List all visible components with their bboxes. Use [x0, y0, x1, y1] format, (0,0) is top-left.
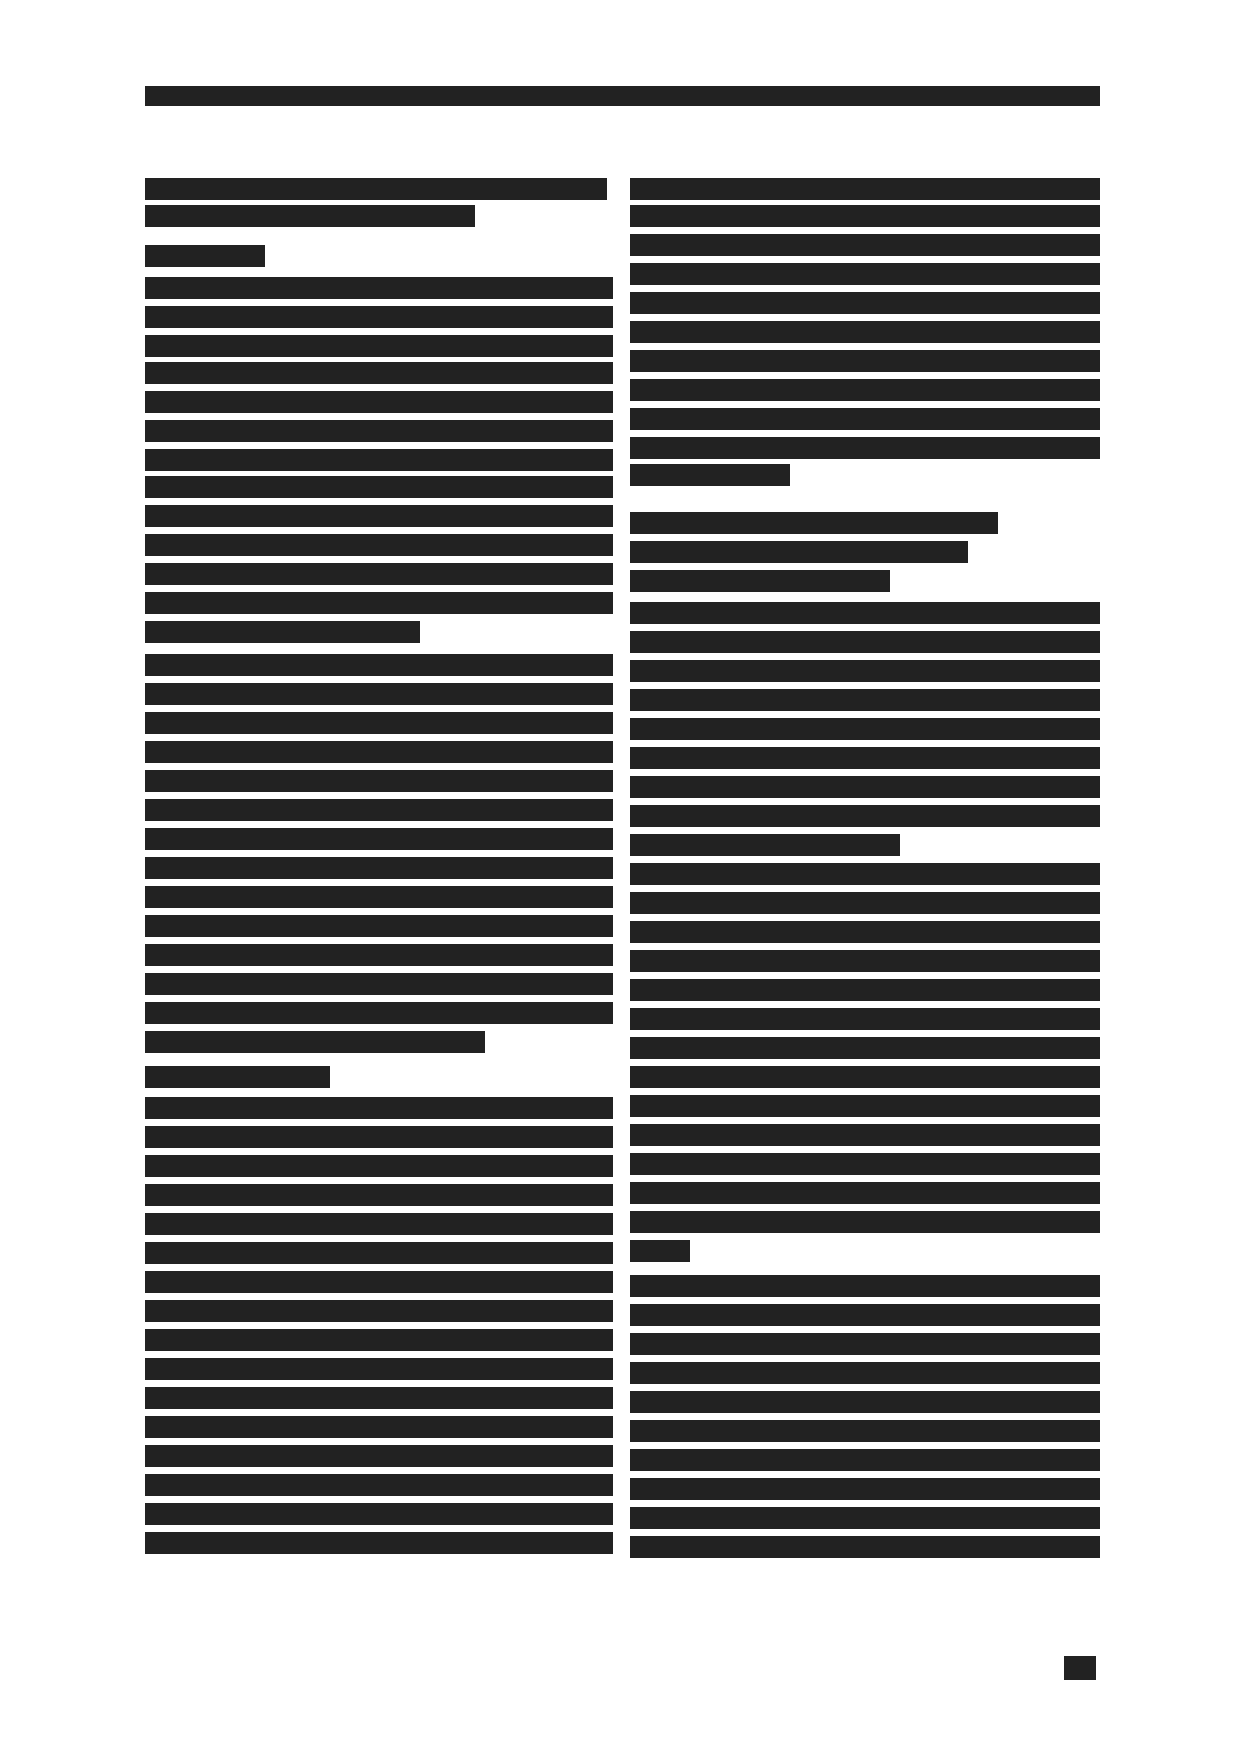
- illegible-text-line: [145, 1097, 613, 1119]
- illegible-text-line: [630, 1275, 1100, 1297]
- illegible-text-line: [630, 1182, 1100, 1204]
- illegible-text-line: [630, 747, 1100, 769]
- illegible-text-line: [630, 892, 1100, 914]
- illegible-text-line: [145, 505, 613, 527]
- illegible-text-line: [145, 335, 613, 357]
- illegible-text-line: [630, 631, 1100, 653]
- illegible-text-line: [630, 292, 1100, 314]
- illegible-text-line: [630, 834, 900, 856]
- illegible-text-line: [145, 534, 613, 556]
- illegible-text-line: [630, 1333, 1100, 1355]
- illegible-text-line: [145, 362, 613, 384]
- illegible-text-line: [145, 592, 613, 614]
- illegible-text-line: [630, 950, 1100, 972]
- illegible-text-line: [145, 654, 613, 676]
- illegible-text-line: [630, 541, 968, 563]
- illegible-text-line: [145, 1358, 613, 1380]
- illegible-text-line: [630, 512, 998, 534]
- illegible-text-line: [145, 886, 613, 908]
- illegible-text-line: [145, 205, 475, 227]
- illegible-text-line: [630, 178, 1100, 200]
- illegible-text-line: [145, 1387, 613, 1409]
- illegible-text-line: [630, 1124, 1100, 1146]
- illegible-text-line: [145, 1126, 613, 1148]
- illegible-text-line: [630, 863, 1100, 885]
- illegible-text-line: [145, 1213, 613, 1235]
- illegible-text-line: [145, 1416, 613, 1438]
- running-header-right-block: [635, 86, 1100, 104]
- illegible-text-line: [145, 1242, 613, 1264]
- illegible-text-line: [630, 1478, 1100, 1500]
- illegible-text-line: [630, 379, 1100, 401]
- illegible-text-line: [145, 420, 613, 442]
- illegible-text-line: [145, 391, 613, 413]
- illegible-text-line: [145, 1002, 613, 1024]
- illegible-text-line: [145, 245, 265, 267]
- illegible-text-line: [145, 828, 613, 850]
- illegible-text-line: [145, 1445, 613, 1467]
- illegible-text-line: [630, 1240, 690, 1262]
- illegible-text-line: [630, 1304, 1100, 1326]
- illegible-text-line: [145, 1184, 613, 1206]
- illegible-text-line: [630, 570, 890, 592]
- page-number: [1064, 1656, 1096, 1680]
- illegible-text-line: [145, 741, 613, 763]
- illegible-text-line: [145, 621, 420, 643]
- illegible-text-line: [145, 857, 613, 879]
- illegible-text-line: [630, 263, 1100, 285]
- illegible-text-line: [630, 1095, 1100, 1117]
- illegible-text-line: [630, 660, 1100, 682]
- illegible-text-line: [630, 1391, 1100, 1413]
- illegible-text-line: [145, 277, 613, 299]
- illegible-text-line: [145, 1474, 613, 1496]
- illegible-text-line: [630, 805, 1100, 827]
- illegible-text-line: [145, 683, 613, 705]
- illegible-text-line: [630, 1211, 1100, 1233]
- illegible-text-line: [630, 921, 1100, 943]
- illegible-text-line: [145, 563, 613, 585]
- illegible-text-line: [145, 1300, 613, 1322]
- illegible-text-line: [145, 799, 613, 821]
- illegible-text-line: [145, 1329, 613, 1351]
- illegible-text-line: [145, 1031, 485, 1053]
- illegible-text-line: [630, 234, 1100, 256]
- illegible-text-line: [630, 350, 1100, 372]
- illegible-text-line: [630, 1153, 1100, 1175]
- illegible-text-line: [630, 1507, 1100, 1529]
- illegible-text-line: [145, 1066, 330, 1088]
- illegible-text-line: [630, 602, 1100, 624]
- illegible-text-line: [630, 1449, 1100, 1471]
- illegible-text-line: [145, 770, 613, 792]
- illegible-text-line: [630, 437, 1100, 459]
- illegible-text-line: [630, 205, 1100, 227]
- illegible-text-line: [630, 1420, 1100, 1442]
- illegible-text-line: [630, 408, 1100, 430]
- illegible-text-line: [145, 1532, 613, 1554]
- illegible-text-line: [145, 1155, 613, 1177]
- illegible-text-line: [145, 476, 613, 498]
- illegible-text-line: [145, 944, 613, 966]
- illegible-text-line: [145, 1503, 613, 1525]
- illegible-text-line: [145, 712, 613, 734]
- illegible-text-line: [630, 1362, 1100, 1384]
- illegible-text-line: [145, 449, 613, 471]
- illegible-text-line: [630, 1037, 1100, 1059]
- illegible-text-line: [145, 1271, 613, 1293]
- running-header-left-block: [145, 86, 635, 104]
- illegible-text-line: [630, 321, 1100, 343]
- illegible-text-line: [145, 306, 613, 328]
- illegible-text-line: [630, 1066, 1100, 1088]
- header-rule: [145, 104, 1100, 106]
- illegible-text-line: [145, 178, 607, 200]
- illegible-text-line: [630, 464, 790, 486]
- illegible-text-line: [630, 776, 1100, 798]
- illegible-text-line: [145, 973, 613, 995]
- illegible-text-line: [630, 689, 1100, 711]
- illegible-text-line: [630, 979, 1100, 1001]
- illegible-text-line: [630, 718, 1100, 740]
- illegible-text-line: [630, 1008, 1100, 1030]
- illegible-text-line: [145, 915, 613, 937]
- illegible-text-line: [630, 1536, 1100, 1558]
